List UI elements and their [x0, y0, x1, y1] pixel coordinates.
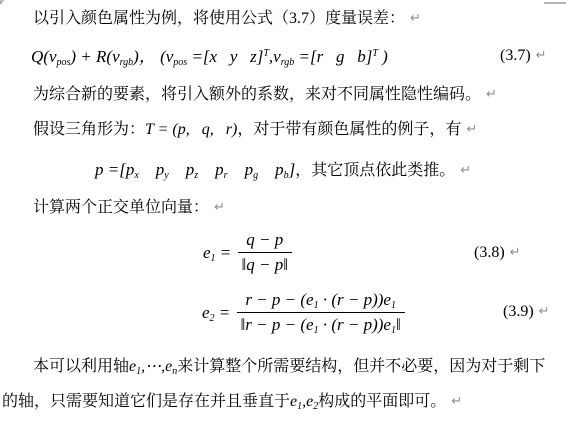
page-corner-artifact-top-left — [0, 0, 4, 4]
equation-3-7-body: Q(vpos) + R(vrgb)， (vpos =[x y z]T,vrgb … — [31, 47, 388, 66]
coefficients-text: 为综合新的要素，将引入额外的系数，来对不同属性隐性编码。 — [33, 86, 481, 103]
paragraph-mark: ↵ — [466, 122, 477, 137]
equation-3-9-denominator: ‖r − p − (e1 · (r − p))e1‖ — [237, 312, 405, 335]
paragraph-axes-line-2: 的轴，只需要知道它们是存在并且垂直于e1,e2构成的平面即可。↵ — [2, 391, 462, 413]
equation-3-8-numerator: q − p — [242, 230, 287, 252]
axes-line2-pre-text: 的轴，只需要知道它们是存在并且垂直于 — [2, 393, 290, 410]
intro-text: 以引入颜色属性为例，将使用公式（3.7）度量误差： — [33, 10, 405, 27]
compute-text: 计算两个正交单位向量： — [33, 199, 209, 216]
paragraph-line-compute: 计算两个正交单位向量：↵ — [33, 197, 225, 219]
paragraph-mark: ↵ — [539, 304, 550, 319]
axes-line2-inline-math: e1,e2 — [290, 393, 318, 410]
equation-3-8: e1 = q − p ‖q − p‖ — [203, 230, 292, 275]
axes-line1-post-text: 来计算整个所需要结构，但并不必要，因为对于剩下 — [177, 358, 545, 375]
paragraph-mark: ↵ — [451, 394, 462, 409]
equation-vertex: p =[px py pz pr pg pb]，其它顶点依此类推。↵ — [95, 159, 471, 182]
document-page: 以引入颜色属性为例，将使用公式（3.7）度量误差：↵ Q(vpos) + R(v… — [0, 0, 566, 424]
axes-line1-pre-text: 本可以利用轴 — [33, 358, 129, 375]
equation-3-8-label: (3.8)↵ — [474, 244, 521, 262]
paragraph-mark: ↵ — [460, 163, 471, 178]
equation-3-9-fraction: r − p − (e1 · (r − p))e1 ‖r − p − (e1 · … — [237, 290, 405, 335]
paragraph-line-intro: 以引入颜色属性为例，将使用公式（3.7）度量误差：↵ — [33, 8, 421, 30]
paragraph-mark: ↵ — [510, 245, 521, 260]
paragraph-mark: ↵ — [410, 11, 421, 26]
equation-3-9-lhs: e2 = — [202, 303, 235, 323]
paragraph-axes-line-1: 本可以利用轴e1,⋯,en来计算整个所需要结构，但并不必要，因为对于剩下 — [33, 356, 545, 378]
equation-3-8-denominator: ‖q − p‖ — [238, 252, 293, 275]
equation-vertex-body: p =[px py pz pr pg pb] — [95, 160, 295, 179]
page-corner-artifact-top-right — [544, 2, 566, 4]
equation-3-8-lhs: e1 = — [203, 243, 236, 263]
equation-3-9-numerator: r − p − (e1 · (r − p))e1 — [241, 290, 400, 312]
axes-line2-post-text: 构成的平面即可。 — [318, 393, 446, 410]
paragraph-mark: ↵ — [214, 200, 225, 215]
paragraph-line-triangle: 假设三角形为：T = (p, q, r)，对于带有颜色属性的例子，有↵ — [33, 119, 477, 141]
equation-3-8-fraction: q − p ‖q − p‖ — [238, 230, 293, 275]
equation-3-7: Q(vpos) + R(vrgb)， (vpos =[x y z]T,vrgb … — [31, 46, 388, 68]
equation-3-7-label: (3.7)↵ — [500, 47, 547, 65]
equation-3-9: e2 = r − p − (e1 · (r − p))e1 ‖r − p − (… — [202, 290, 405, 335]
triangle-post-text: ，对于带有颜色属性的例子，有 — [237, 121, 461, 138]
paragraph-mark: ↵ — [486, 87, 497, 102]
equation-3-9-label: (3.9)↵ — [503, 303, 550, 321]
axes-line1-inline-math: e1,⋯,en — [129, 358, 177, 375]
equation-vertex-tail: ，其它顶点依此类推。 — [295, 162, 455, 179]
triangle-inline-math: T = (p, q, r) — [145, 121, 237, 138]
triangle-pre-text: 假设三角形为： — [33, 121, 145, 138]
paragraph-line-coefficients: 为综合新的要素，将引入额外的系数，来对不同属性隐性编码。↵ — [33, 84, 497, 106]
paragraph-mark: ↵ — [536, 48, 547, 63]
